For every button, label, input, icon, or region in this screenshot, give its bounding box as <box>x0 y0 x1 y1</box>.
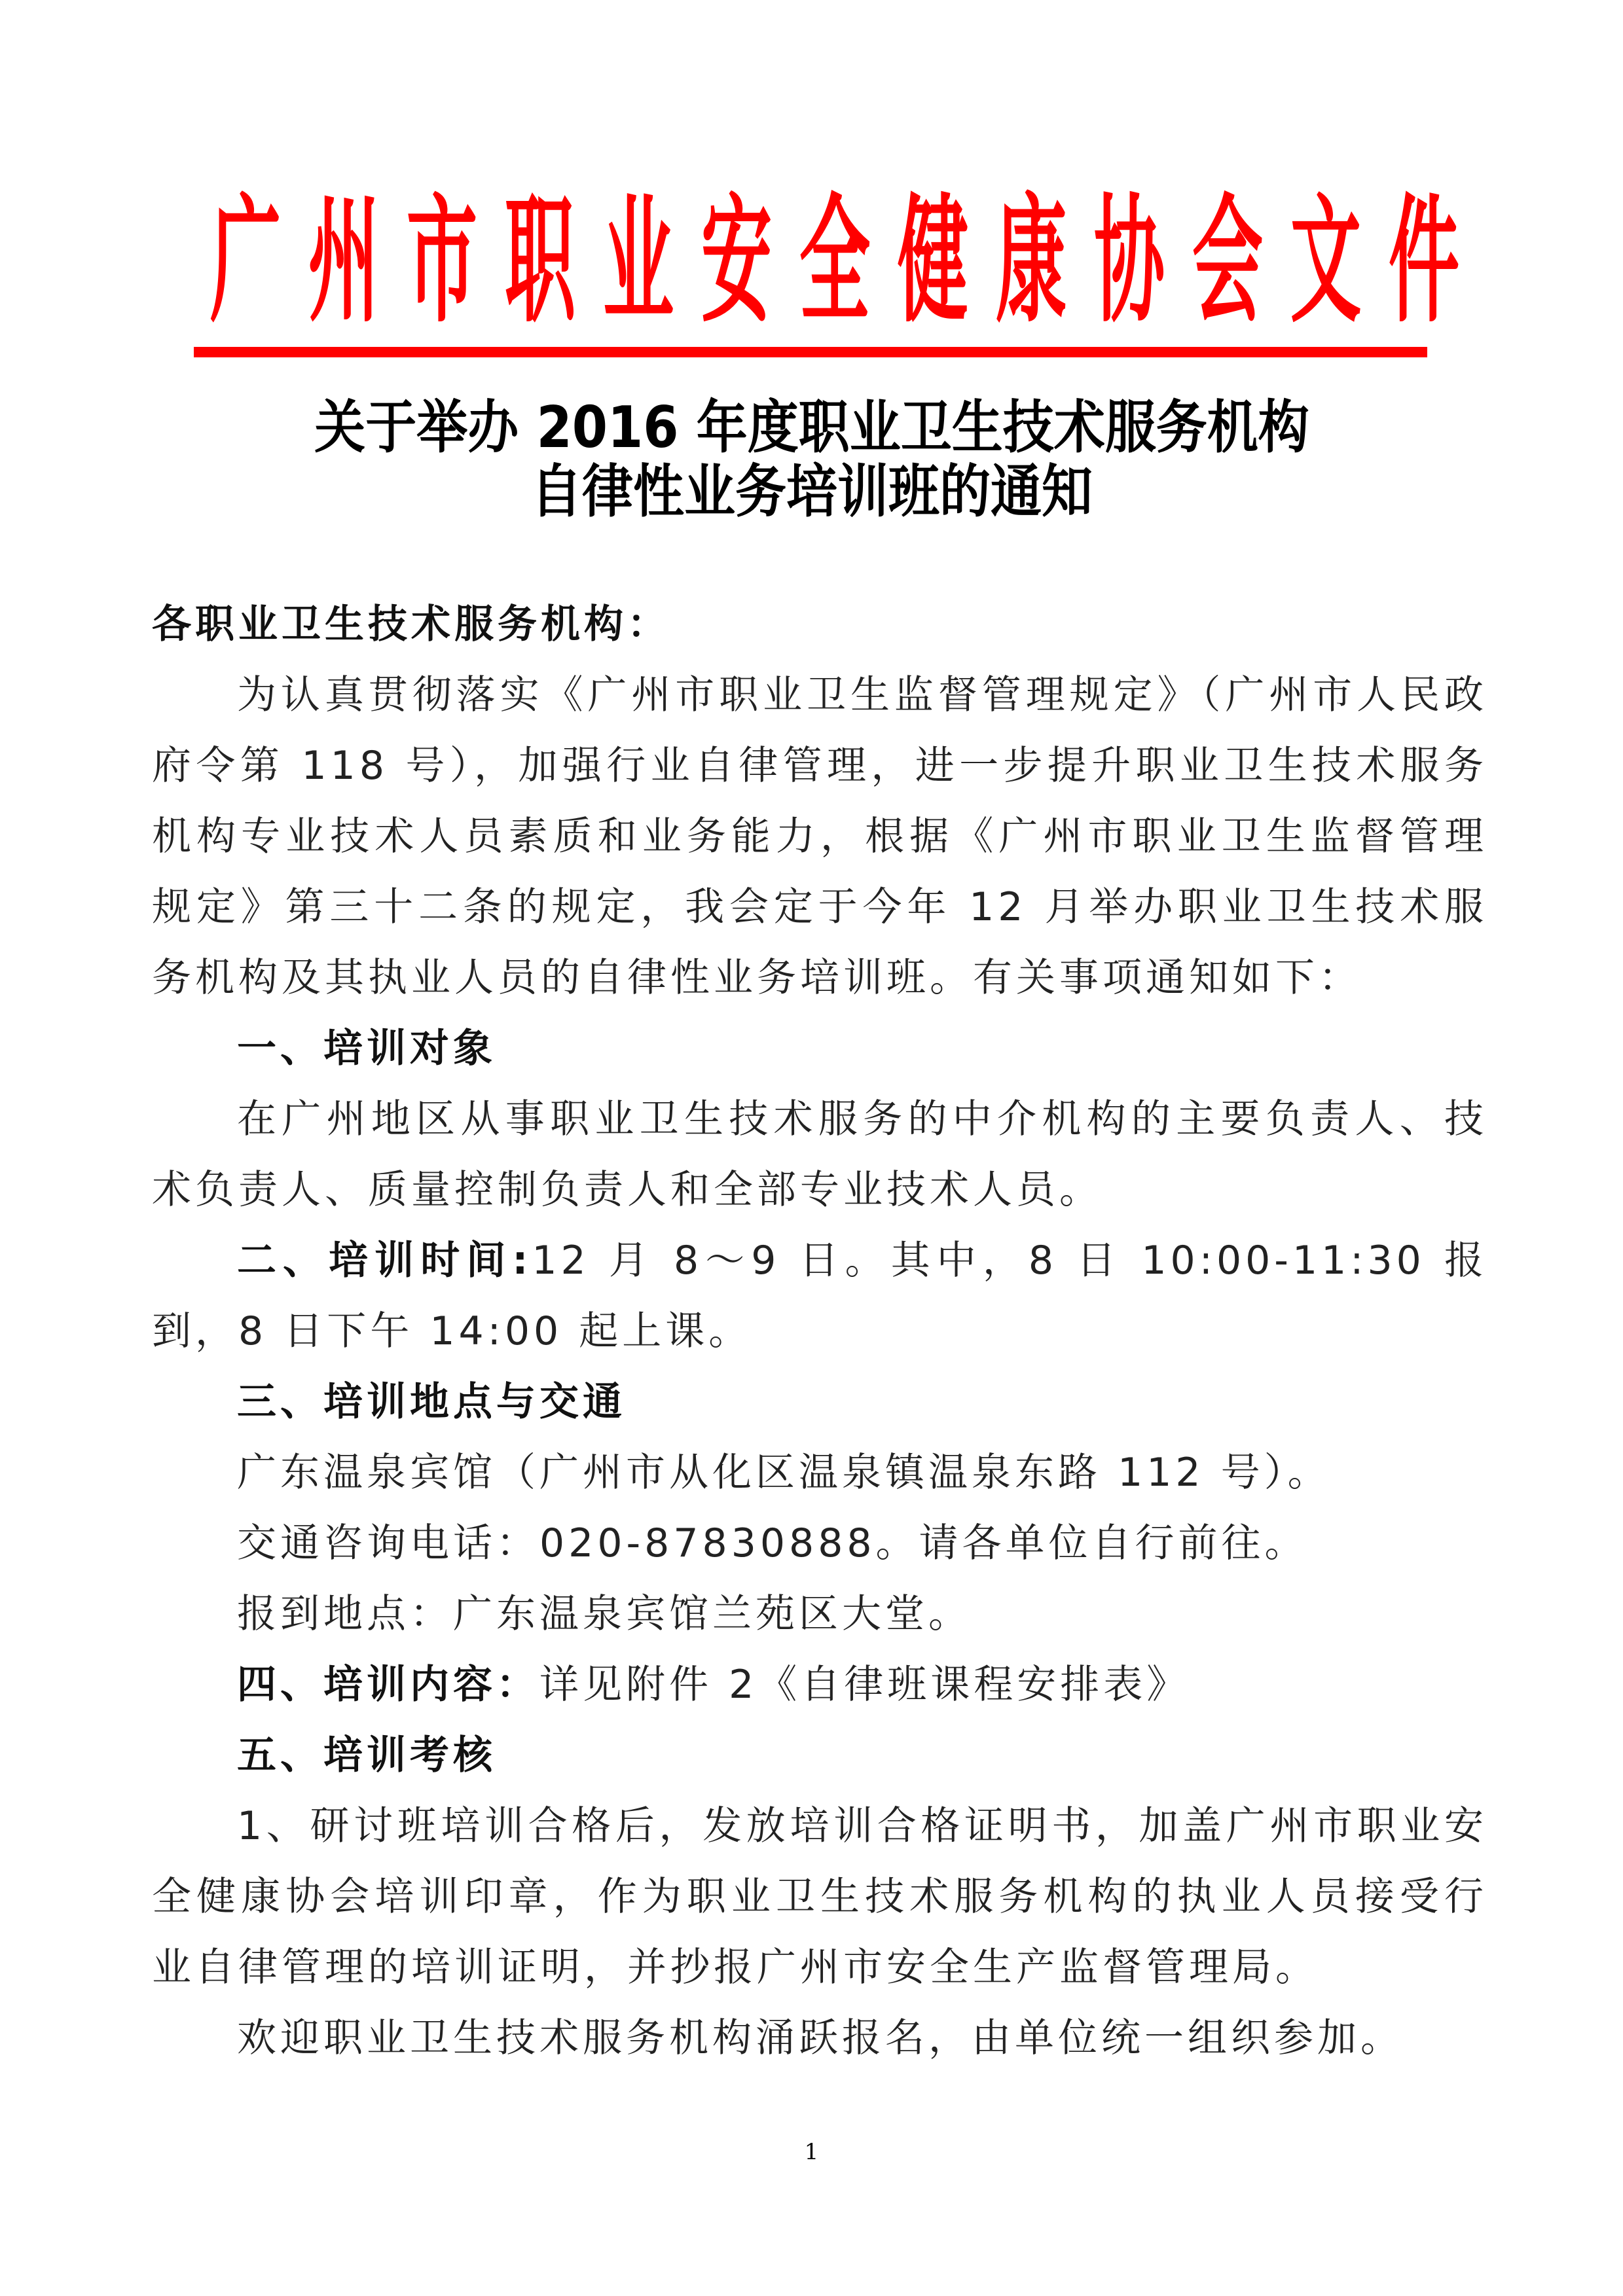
section-heading-4: 四、培训内容： <box>237 1662 539 1708</box>
masthead-char: 业 <box>603 193 674 331</box>
masthead-char: 文 <box>1290 193 1361 331</box>
section-content-5: 1、研讨班培训合格后，发放培训合格证明书，加盖广州市职业安全健康协会培训印章，作… <box>152 1791 1487 2003</box>
section-2: 二、培训时间:12 月 8～9 日。其中，8 日 10:00-11:30 报到，… <box>152 1225 1487 1367</box>
section-heading-2: 二、培训时间: <box>237 1238 532 1283</box>
masthead-char: 职 <box>505 193 575 331</box>
masthead-char: 市 <box>407 193 477 331</box>
checkin-location-line: 报到地点：广东温泉宾馆兰苑区大堂。 <box>152 1579 1487 1649</box>
document-body: 各职业卫生技术服务机构： 为认真贯彻落实《广州市职业卫生监督管理规定》（广州市人… <box>152 589 1487 2073</box>
masthead-char: 康 <box>996 193 1067 331</box>
masthead-char: 安 <box>701 193 772 331</box>
page-number: 1 <box>0 2139 1623 2165</box>
section-heading-5: 五、培训考核 <box>152 1720 1487 1791</box>
masthead: 广 州 市 职 业 安 全 健 康 协 会 文 件 <box>196 193 1427 331</box>
masthead-char: 广 <box>210 193 281 331</box>
masthead-char: 健 <box>898 193 968 331</box>
section-4: 四、培训内容：详见附件 2《自律班课程安排表》 <box>152 1649 1487 1720</box>
masthead-char: 州 <box>308 193 379 331</box>
transport-phone-line: 交通咨询电话：020-87830888。请各单位自行前往。 <box>152 1508 1487 1579</box>
masthead-char: 件 <box>1389 193 1459 331</box>
masthead-red-rule <box>194 347 1427 357</box>
masthead-char: 全 <box>799 193 870 331</box>
title-line-1: 关于举办 2016 年度职业卫生技术服务机构 <box>196 392 1427 464</box>
section-content-4: 详见附件 2《自律班课程安排表》 <box>539 1662 1190 1708</box>
section-heading-3: 三、培训地点与交通 <box>152 1367 1487 1437</box>
masthead-char: 会 <box>1192 193 1263 331</box>
section-heading-1: 一、培训对象 <box>152 1013 1487 1084</box>
venue-line: 广东温泉宾馆（广州市从化区温泉镇温泉东路 112 号）。 <box>152 1437 1487 1508</box>
intro-paragraph: 为认真贯彻落实《广州市职业卫生监督管理规定》（广州市人民政府令第 118 号），… <box>152 660 1487 1013</box>
document-title: 关于举办 2016 年度职业卫生技术服务机构 自律性业务培训班的通知 <box>196 396 1427 524</box>
closing-line: 欢迎职业卫生技术服务机构涌跃报名，由单位统一组织参加。 <box>152 2003 1487 2073</box>
title-line-2: 自律性业务培训班的通知 <box>196 456 1427 528</box>
document-page: 广 州 市 职 业 安 全 健 康 协 会 文 件 关于举办 2016 年度职业… <box>0 0 1623 2296</box>
section-content-1: 在广州地区从事职业卫生技术服务的中介机构的主要负责人、技术负责人、质量控制负责人… <box>152 1084 1487 1225</box>
salutation: 各职业卫生技术服务机构： <box>152 589 1487 660</box>
masthead-char: 协 <box>1094 193 1165 331</box>
